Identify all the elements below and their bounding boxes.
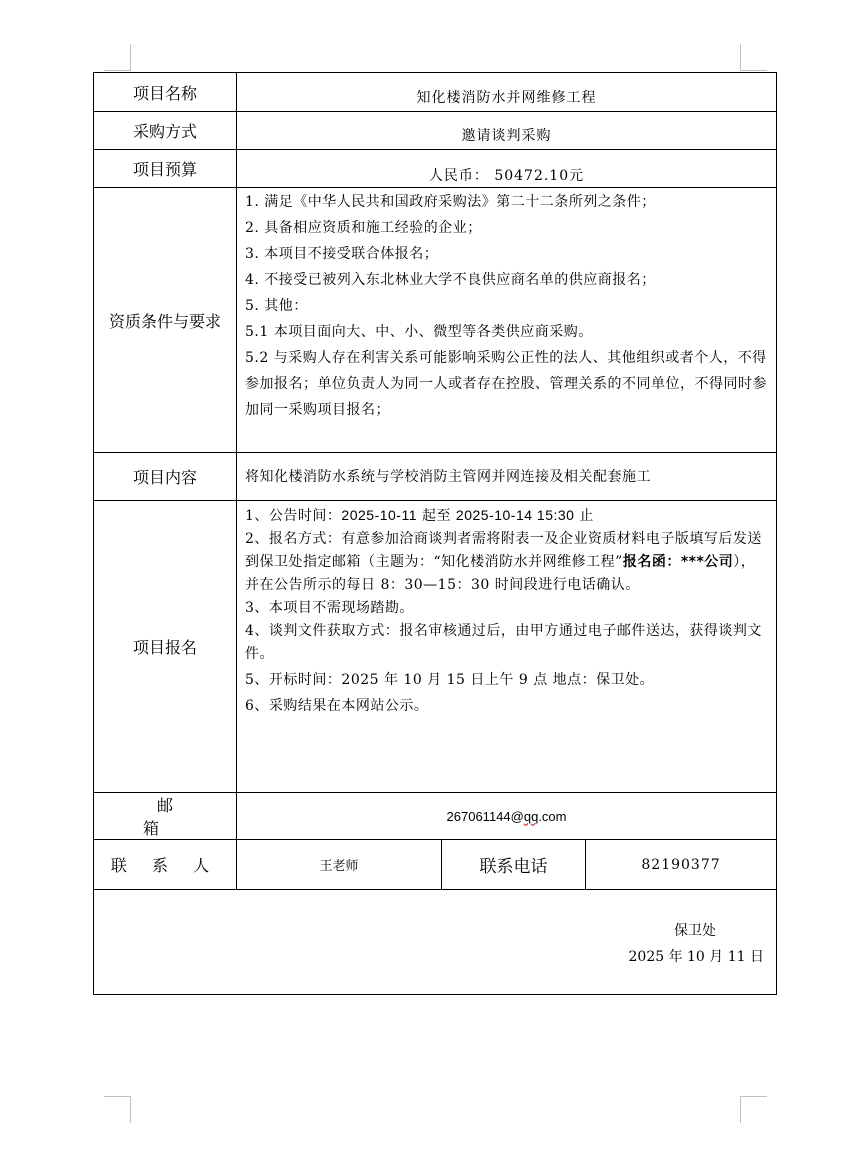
project-name-value: 知化楼消防水并网维修工程	[237, 73, 777, 112]
content-value: 将知化楼消防水系统与学校消防主管网并网连接及相关配套施工	[237, 453, 777, 501]
registration-label: 项目报名	[94, 501, 237, 793]
content-label: 项目内容	[94, 453, 237, 501]
row-signature: 保卫处 2025 年 10 月 11 日	[94, 890, 777, 995]
row-budget: 项目预算 人民币： 50472.10元	[94, 150, 777, 188]
budget-value: 人民币： 50472.10元	[237, 150, 777, 188]
email-subject-bold: 报名函：***公司	[623, 554, 733, 570]
row-contact: 联 系 人 王老师 联系电话 82190377	[94, 840, 777, 890]
project-name-label: 项目名称	[94, 73, 237, 112]
procurement-method-label: 采购方式	[94, 112, 237, 150]
row-content: 项目内容 将知化楼消防水系统与学校消防主管网并网连接及相关配套施工	[94, 453, 777, 501]
procurement-method-value: 邀请谈判采购	[237, 112, 777, 150]
registration-item-opening-time: 5、开标时间：2025 年 10 月 15 日上午 9 点 地点：保卫处。	[245, 669, 768, 692]
email-value[interactable]: 267061144@qq.com	[237, 793, 777, 840]
row-registration: 项目报名 1、公告时间：2025-10-11 起至 2025-10-14 15:…	[94, 501, 777, 793]
registration-details: 1、公告时间：2025-10-11 起至 2025-10-14 15:30 止 …	[237, 501, 777, 793]
spellcheck-underline: qq	[524, 809, 538, 824]
row-qualifications: 资质条件与要求 1. 满足《中华人民共和国政府采购法》第二十二条所列之条件； 2…	[94, 188, 777, 453]
notice-end-datetime: 2025-10-14 15:30	[456, 507, 575, 523]
corner-mark-top-right	[740, 44, 767, 71]
corner-mark-top-left	[104, 44, 131, 71]
registration-item-notice-time: 1、公告时间：2025-10-11 起至 2025-10-14 15:30 止	[245, 504, 768, 528]
qualification-item: 5.2 与采购人存在利害关系可能影响采购公正性的法人、其他组织或者个人，不得参加…	[245, 345, 768, 423]
row-email: 邮 箱 267061144@qq.com	[94, 793, 777, 840]
contact-person-label: 联 系 人	[94, 840, 237, 890]
qualifications-label: 资质条件与要求	[94, 188, 237, 453]
qualification-item: 2. 具备相应资质和施工经验的企业；	[245, 215, 768, 241]
qualifications-list: 1. 满足《中华人民共和国政府采购法》第二十二条所列之条件； 2. 具备相应资质…	[237, 188, 777, 453]
signature-block: 保卫处 2025 年 10 月 11 日	[94, 890, 777, 995]
qualification-item: 3. 本项目不接受联合体报名；	[245, 241, 768, 267]
registration-item-document-access: 4、谈判文件获取方式：报名审核通过后，由甲方通过电子邮件送达，获得谈判文件。	[245, 620, 768, 666]
registration-item-method: 2、报名方式：有意参加洽商谈判者需将附表一及企业资质材料电子版填写后发送到保卫处…	[245, 528, 768, 597]
corner-mark-bottom-left	[104, 1096, 131, 1123]
corner-mark-bottom-right	[740, 1096, 767, 1123]
email-label: 邮 箱	[94, 793, 237, 840]
notice-start-date: 2025-10-11	[341, 507, 417, 523]
qualification-item: 5.1 本项目面向大、中、小、微型等各类供应商采购。	[245, 319, 768, 345]
qualification-item: 1. 满足《中华人民共和国政府采购法》第二十二条所列之条件；	[245, 189, 768, 215]
contact-phone-label: 联系电话	[442, 840, 586, 890]
qualification-item: 4. 不接受已被列入东北林业大学不良供应商名单的供应商报名；	[245, 267, 768, 293]
registration-item-site-visit: 3、本项目不需现场踏勘。	[245, 597, 768, 620]
qualification-item: 5. 其他：	[245, 293, 768, 319]
registration-item-results: 6、采购结果在本网站公示。	[245, 695, 768, 718]
procurement-announcement-table: 项目名称 知化楼消防水并网维修工程 采购方式 邀请谈判采购 项目预算 人民币： …	[93, 72, 777, 995]
contact-phone-value: 82190377	[586, 840, 777, 890]
contact-person-name: 王老师	[237, 840, 442, 890]
signature-org: 保卫处	[94, 918, 764, 944]
signature-date: 2025 年 10 月 11 日	[94, 944, 764, 970]
budget-label: 项目预算	[94, 150, 237, 188]
row-project-name: 项目名称 知化楼消防水并网维修工程	[94, 73, 777, 112]
row-procurement-method: 采购方式 邀请谈判采购	[94, 112, 777, 150]
